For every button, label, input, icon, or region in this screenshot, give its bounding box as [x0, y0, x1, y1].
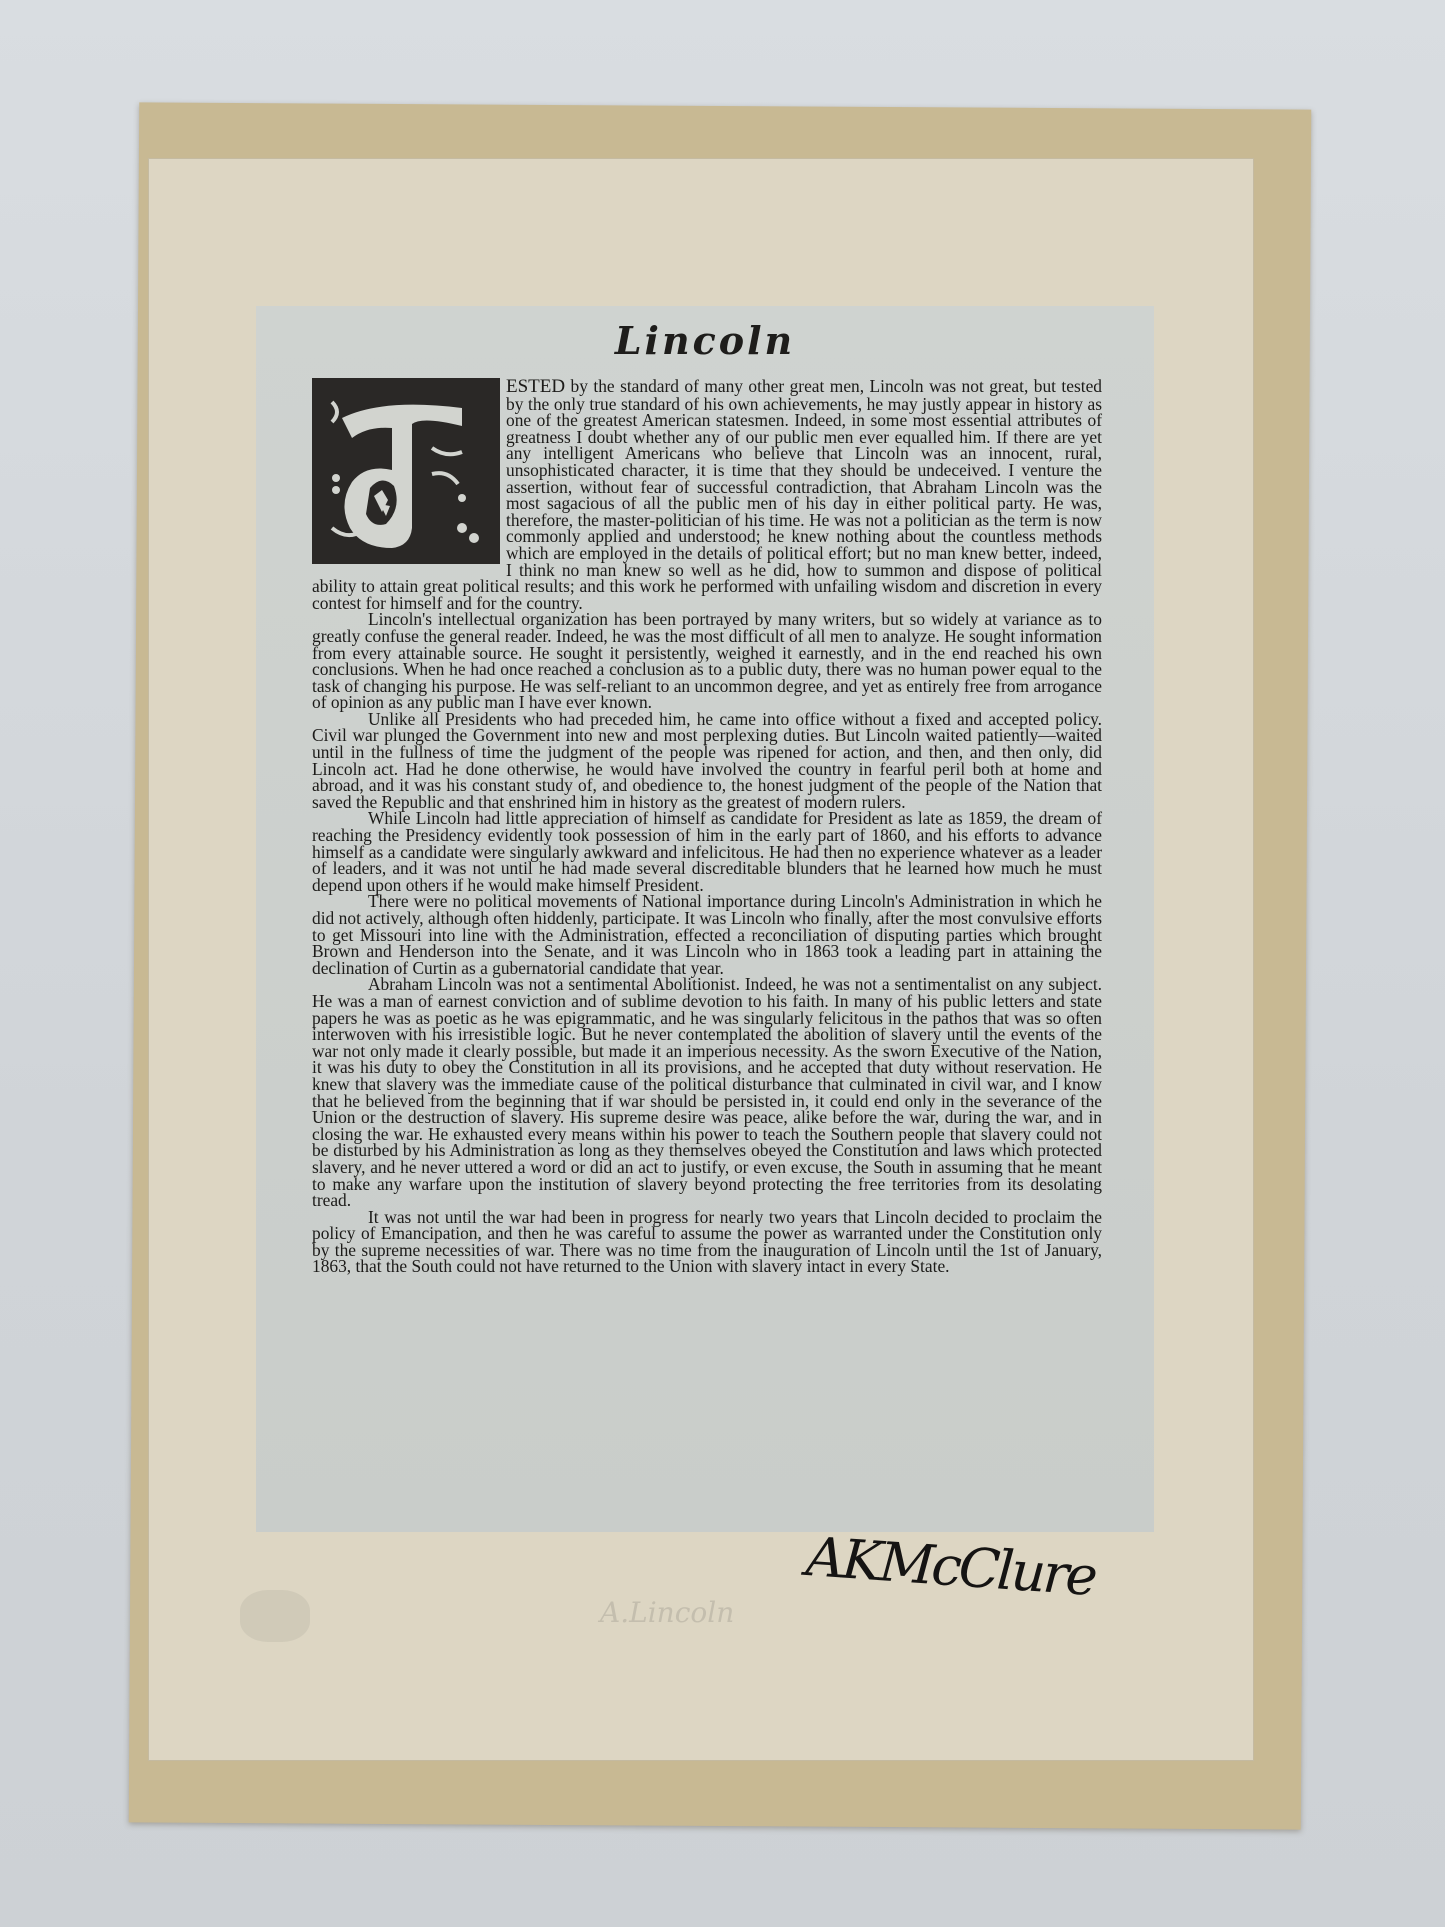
faint-signature-watermark: A.Lincoln	[600, 1596, 734, 1629]
article-body: ESTED by the standard of many other grea…	[312, 378, 1102, 1275]
paragraph-7: It was not until the war had been in pro…	[312, 1209, 1102, 1275]
paragraph-2: Lincoln's intellectual organization has …	[312, 611, 1102, 711]
printed-text-panel: Lincoln ESTED by the standard of many ot…	[256, 306, 1154, 1532]
paragraph-1: ESTED by the standard of many other grea…	[312, 378, 1102, 611]
paragraph-3: Unlike all Presidents who had preceded h…	[312, 711, 1102, 811]
page-title: Lincoln	[256, 318, 1154, 363]
paragraph-5: There were no political movements of Nat…	[312, 893, 1102, 976]
ornamental-drop-cap-t-icon	[312, 378, 500, 564]
paragraph-6: Abraham Lincoln was not a sentimental Ab…	[312, 976, 1102, 1208]
paragraph-4: While Lincoln had little appreciation of…	[312, 810, 1102, 893]
faint-embossed-seal-icon	[240, 1590, 310, 1642]
